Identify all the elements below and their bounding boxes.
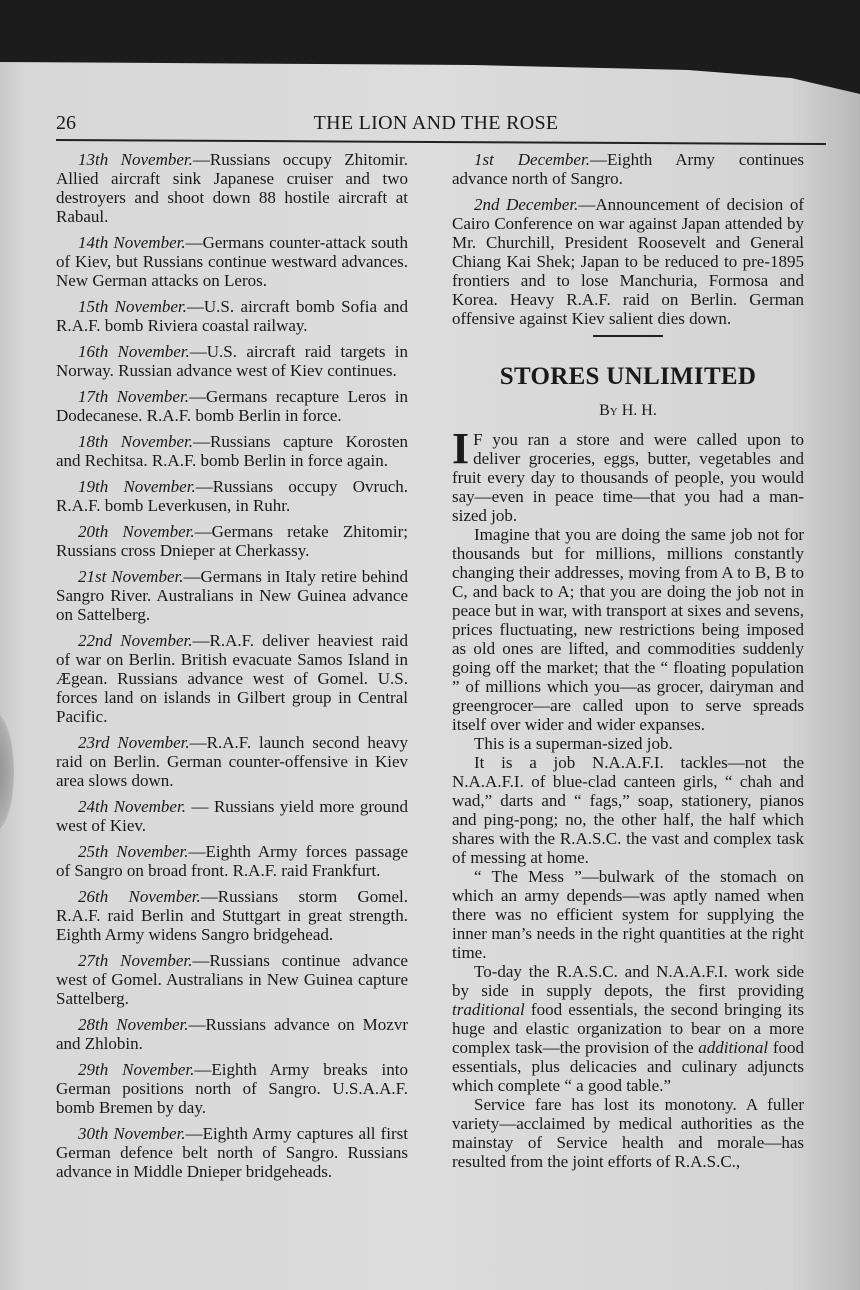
paragraph-text: To-day the R.A.S.C. and N.A.A.F.I. work … — [452, 962, 804, 1000]
entry-text: —Announcement of decision of Cairo Confe… — [452, 195, 804, 328]
entry-date: 2nd December. — [474, 195, 578, 214]
right-column: 1st December.—Eighth Army continues adva… — [452, 150, 804, 1171]
entry-date: 18th November. — [78, 432, 193, 451]
entry-date: 1st December. — [474, 150, 590, 169]
chronology-entry: 25th November.—Eighth Army forces passag… — [56, 842, 408, 880]
article-title: STORES UNLIMITED — [452, 363, 804, 391]
chronology-entry: 21st November.—Germans in Italy retire b… — [56, 567, 408, 624]
article-paragraph: IF you ran a store and were called upon … — [452, 430, 804, 525]
chronology-entry: 17th November.—Germans recapture Leros i… — [56, 387, 408, 425]
emphasis-traditional: traditional — [452, 1000, 525, 1019]
entry-date: 26th November. — [78, 887, 201, 906]
chronology-entry: 15th November.—U.S. aircraft bomb Sofia … — [56, 297, 408, 335]
chronology-entry: 29th November.—Eighth Army breaks into G… — [56, 1060, 408, 1117]
drop-cap: I — [452, 431, 469, 467]
chronology-entry: 18th November.—Russians capture Korosten… — [56, 432, 408, 470]
entry-date: 13th November. — [78, 150, 193, 169]
running-title: THE LION AND THE ROSE — [56, 112, 816, 135]
chronology-entry: 16th November.—U.S. aircraft raid target… — [56, 342, 408, 380]
article-paragraph: To-day the R.A.S.C. and N.A.A.F.I. work … — [452, 962, 804, 1095]
paragraph-text: F you ran a store and were called upon t… — [452, 430, 804, 525]
entry-date: 30th November. — [78, 1124, 186, 1143]
article-paragraph: This is a superman-sized job. — [452, 734, 804, 753]
entry-date: 25th November. — [78, 842, 188, 861]
entry-date: 22nd November. — [78, 631, 192, 650]
article-byline: By H. H. — [452, 401, 804, 420]
chronology-entry: 14th November.—Germans counter-attack so… — [56, 233, 408, 290]
page-header: 26 THE LION AND THE ROSE — [56, 112, 816, 140]
chronology-entry: 23rd November.—R.A.F. launch second heav… — [56, 733, 408, 790]
entry-date: 16th November. — [78, 342, 190, 361]
chronology-entry: 1st December.—Eighth Army continues adva… — [452, 150, 804, 188]
entry-date: 24th November. — [78, 797, 186, 816]
chronology-entry: 28th November.—Russians advance on Mozvr… — [56, 1015, 408, 1053]
chronology-entry: 22nd November.—R.A.F. deliver heaviest r… — [56, 631, 408, 726]
chronology-entry: 20th November.—Germans retake Zhitomir; … — [56, 522, 408, 560]
chronology-entry: 13th November.—Russians occupy Zhitomir.… — [56, 150, 408, 226]
entry-date: 17th November. — [78, 387, 189, 406]
emphasis-additional: additional — [698, 1038, 768, 1057]
book-page: 26 THE LION AND THE ROSE 13th November.—… — [0, 62, 860, 1290]
chronology-entry: 2nd December.—Announcement of decision o… — [452, 195, 804, 328]
article-paragraph: “ The Mess ”—bulwark of the stomach on w… — [452, 867, 804, 962]
entry-date: 28th November. — [78, 1015, 188, 1034]
chronology-entry: 19th November.—Russians occupy Ovruch. R… — [56, 477, 408, 515]
chronology-entry: 27th November.—Russians continue advance… — [56, 951, 408, 1008]
entry-date: 23rd November. — [78, 733, 190, 752]
binding-shadow — [0, 712, 14, 832]
article-paragraph: It is a job N.A.A.F.I. tackles—not the N… — [452, 753, 804, 867]
section-divider — [593, 335, 663, 337]
chronology-column-left: 13th November.—Russians occupy Zhitomir.… — [56, 150, 408, 1188]
chronology-entry: 30th November.—Eighth Army captures all … — [56, 1124, 408, 1181]
entry-date: 20th November. — [78, 522, 195, 541]
entry-date: 14th November. — [78, 233, 186, 252]
chronology-entry: 26th November.—Russians storm Gomel. R.A… — [56, 887, 408, 944]
entry-date: 27th November. — [78, 951, 192, 970]
entry-date: 15th November. — [78, 297, 187, 316]
chronology-entry: 24th November. — Russians yield more gro… — [56, 797, 408, 835]
entry-date: 21st November. — [78, 567, 183, 586]
article-paragraph: Service fare has lost its monotony. A fu… — [452, 1095, 804, 1171]
article-paragraph: Imagine that you are doing the same job … — [452, 525, 804, 734]
entry-date: 19th November. — [78, 477, 196, 496]
entry-date: 29th November. — [78, 1060, 194, 1079]
